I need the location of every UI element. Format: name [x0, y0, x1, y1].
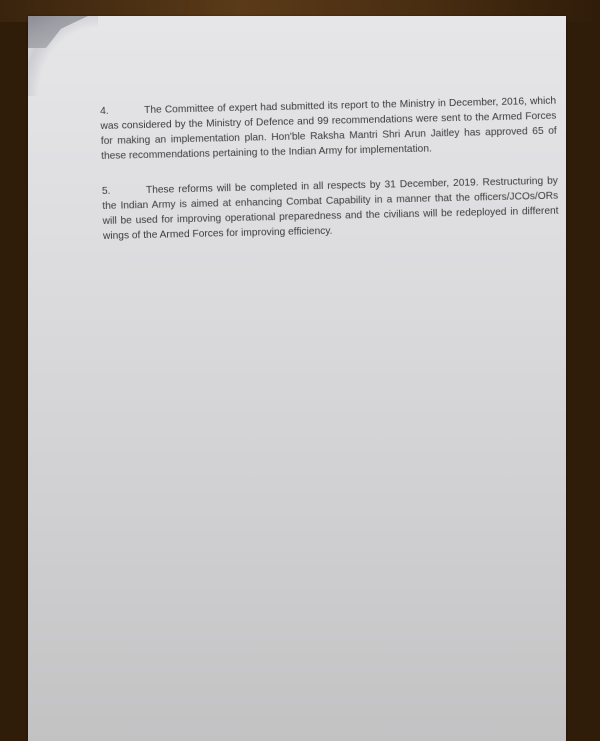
paragraph-number: 4.	[100, 103, 144, 119]
paragraph-text: The Committee of expert had submitted it…	[100, 96, 556, 162]
document-body: 4.The Committee of expert had submitted …	[100, 94, 560, 264]
paragraph-number: 5.	[102, 183, 146, 199]
paragraph-text: These reforms will be completed in all r…	[102, 176, 558, 242]
page-curl-shadow	[28, 16, 98, 96]
paragraph-4: 4.The Committee of expert had submitted …	[100, 94, 557, 164]
paragraph-5: 5.These reforms will be completed in all…	[102, 174, 559, 244]
